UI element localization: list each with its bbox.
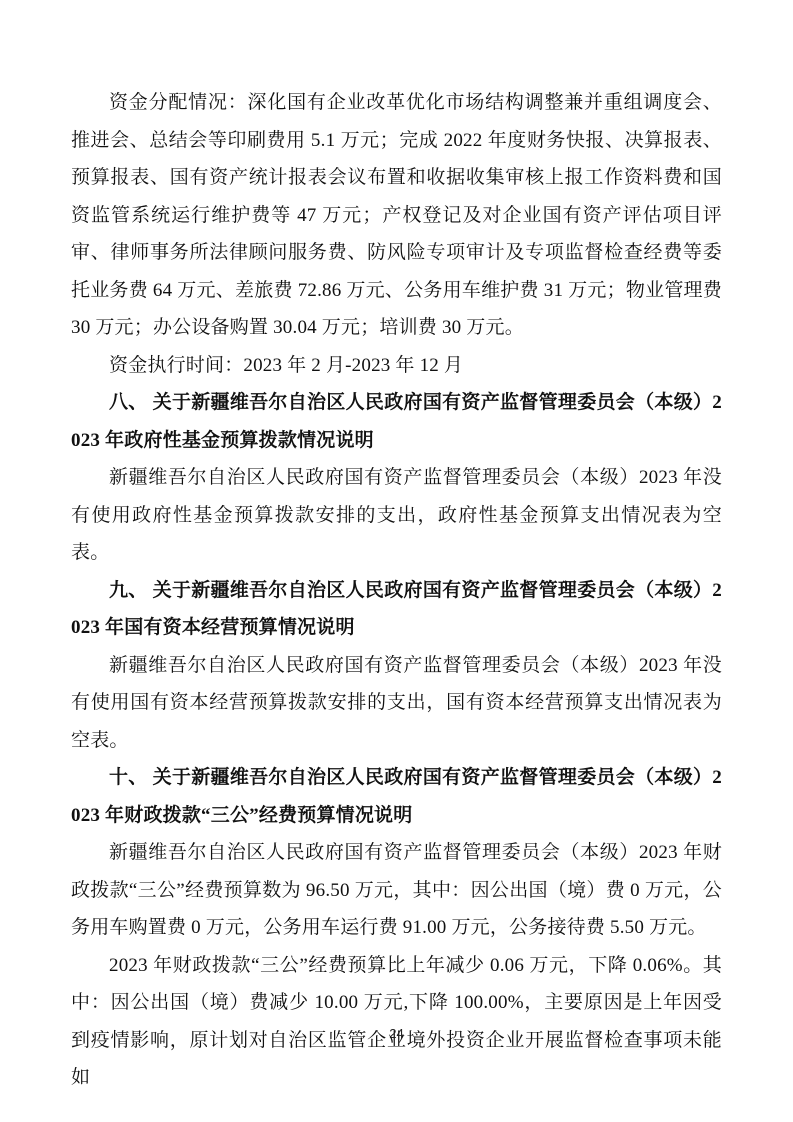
paragraph-govt-fund-budget: 新疆维吾尔自治区人民政府国有资产监督管理委员会（本级）2023 年没有使用政府性… (71, 459, 722, 572)
paragraph-three-public-change: 2023 年财政拨款“三公”经费预算比上年减少 0.06 万元，下降 0.06%… (71, 947, 722, 1097)
paragraph-execution-time: 资金执行时间：2023 年 2 月-2023 年 12 月 (71, 347, 722, 385)
heading-section-9: 九、 关于新疆维吾尔自治区人民政府国有资产监督管理委员会（本级）2023 年国有… (71, 572, 722, 647)
heading-section-8: 八、 关于新疆维吾尔自治区人民政府国有资产监督管理委员会（本级）2023 年政府… (71, 384, 722, 459)
heading-section-10: 十、 关于新疆维吾尔自治区人民政府国有资产监督管理委员会（本级）2023 年财政… (71, 759, 722, 834)
paragraph-state-capital-budget: 新疆维吾尔自治区人民政府国有资产监督管理委员会（本级）2023 年没有使用国有资… (71, 647, 722, 760)
paragraph-funds-allocation: 资金分配情况：深化国有企业改革优化市场结构调整兼并重组调度会、推进会、总结会等印… (71, 84, 722, 347)
paragraph-three-public-budget: 新疆维吾尔自治区人民政府国有资产监督管理委员会（本级）2023 年财政拨款“三公… (71, 834, 722, 947)
document-body: 资金分配情况：深化国有企业改革优化市场结构调整兼并重组调度会、推进会、总结会等印… (71, 84, 722, 1097)
document-page: 资金分配情况：深化国有企业改革优化市场结构调整兼并重组调度会、推进会、总结会等印… (0, 0, 793, 1122)
page-number: 24 (0, 1026, 793, 1041)
